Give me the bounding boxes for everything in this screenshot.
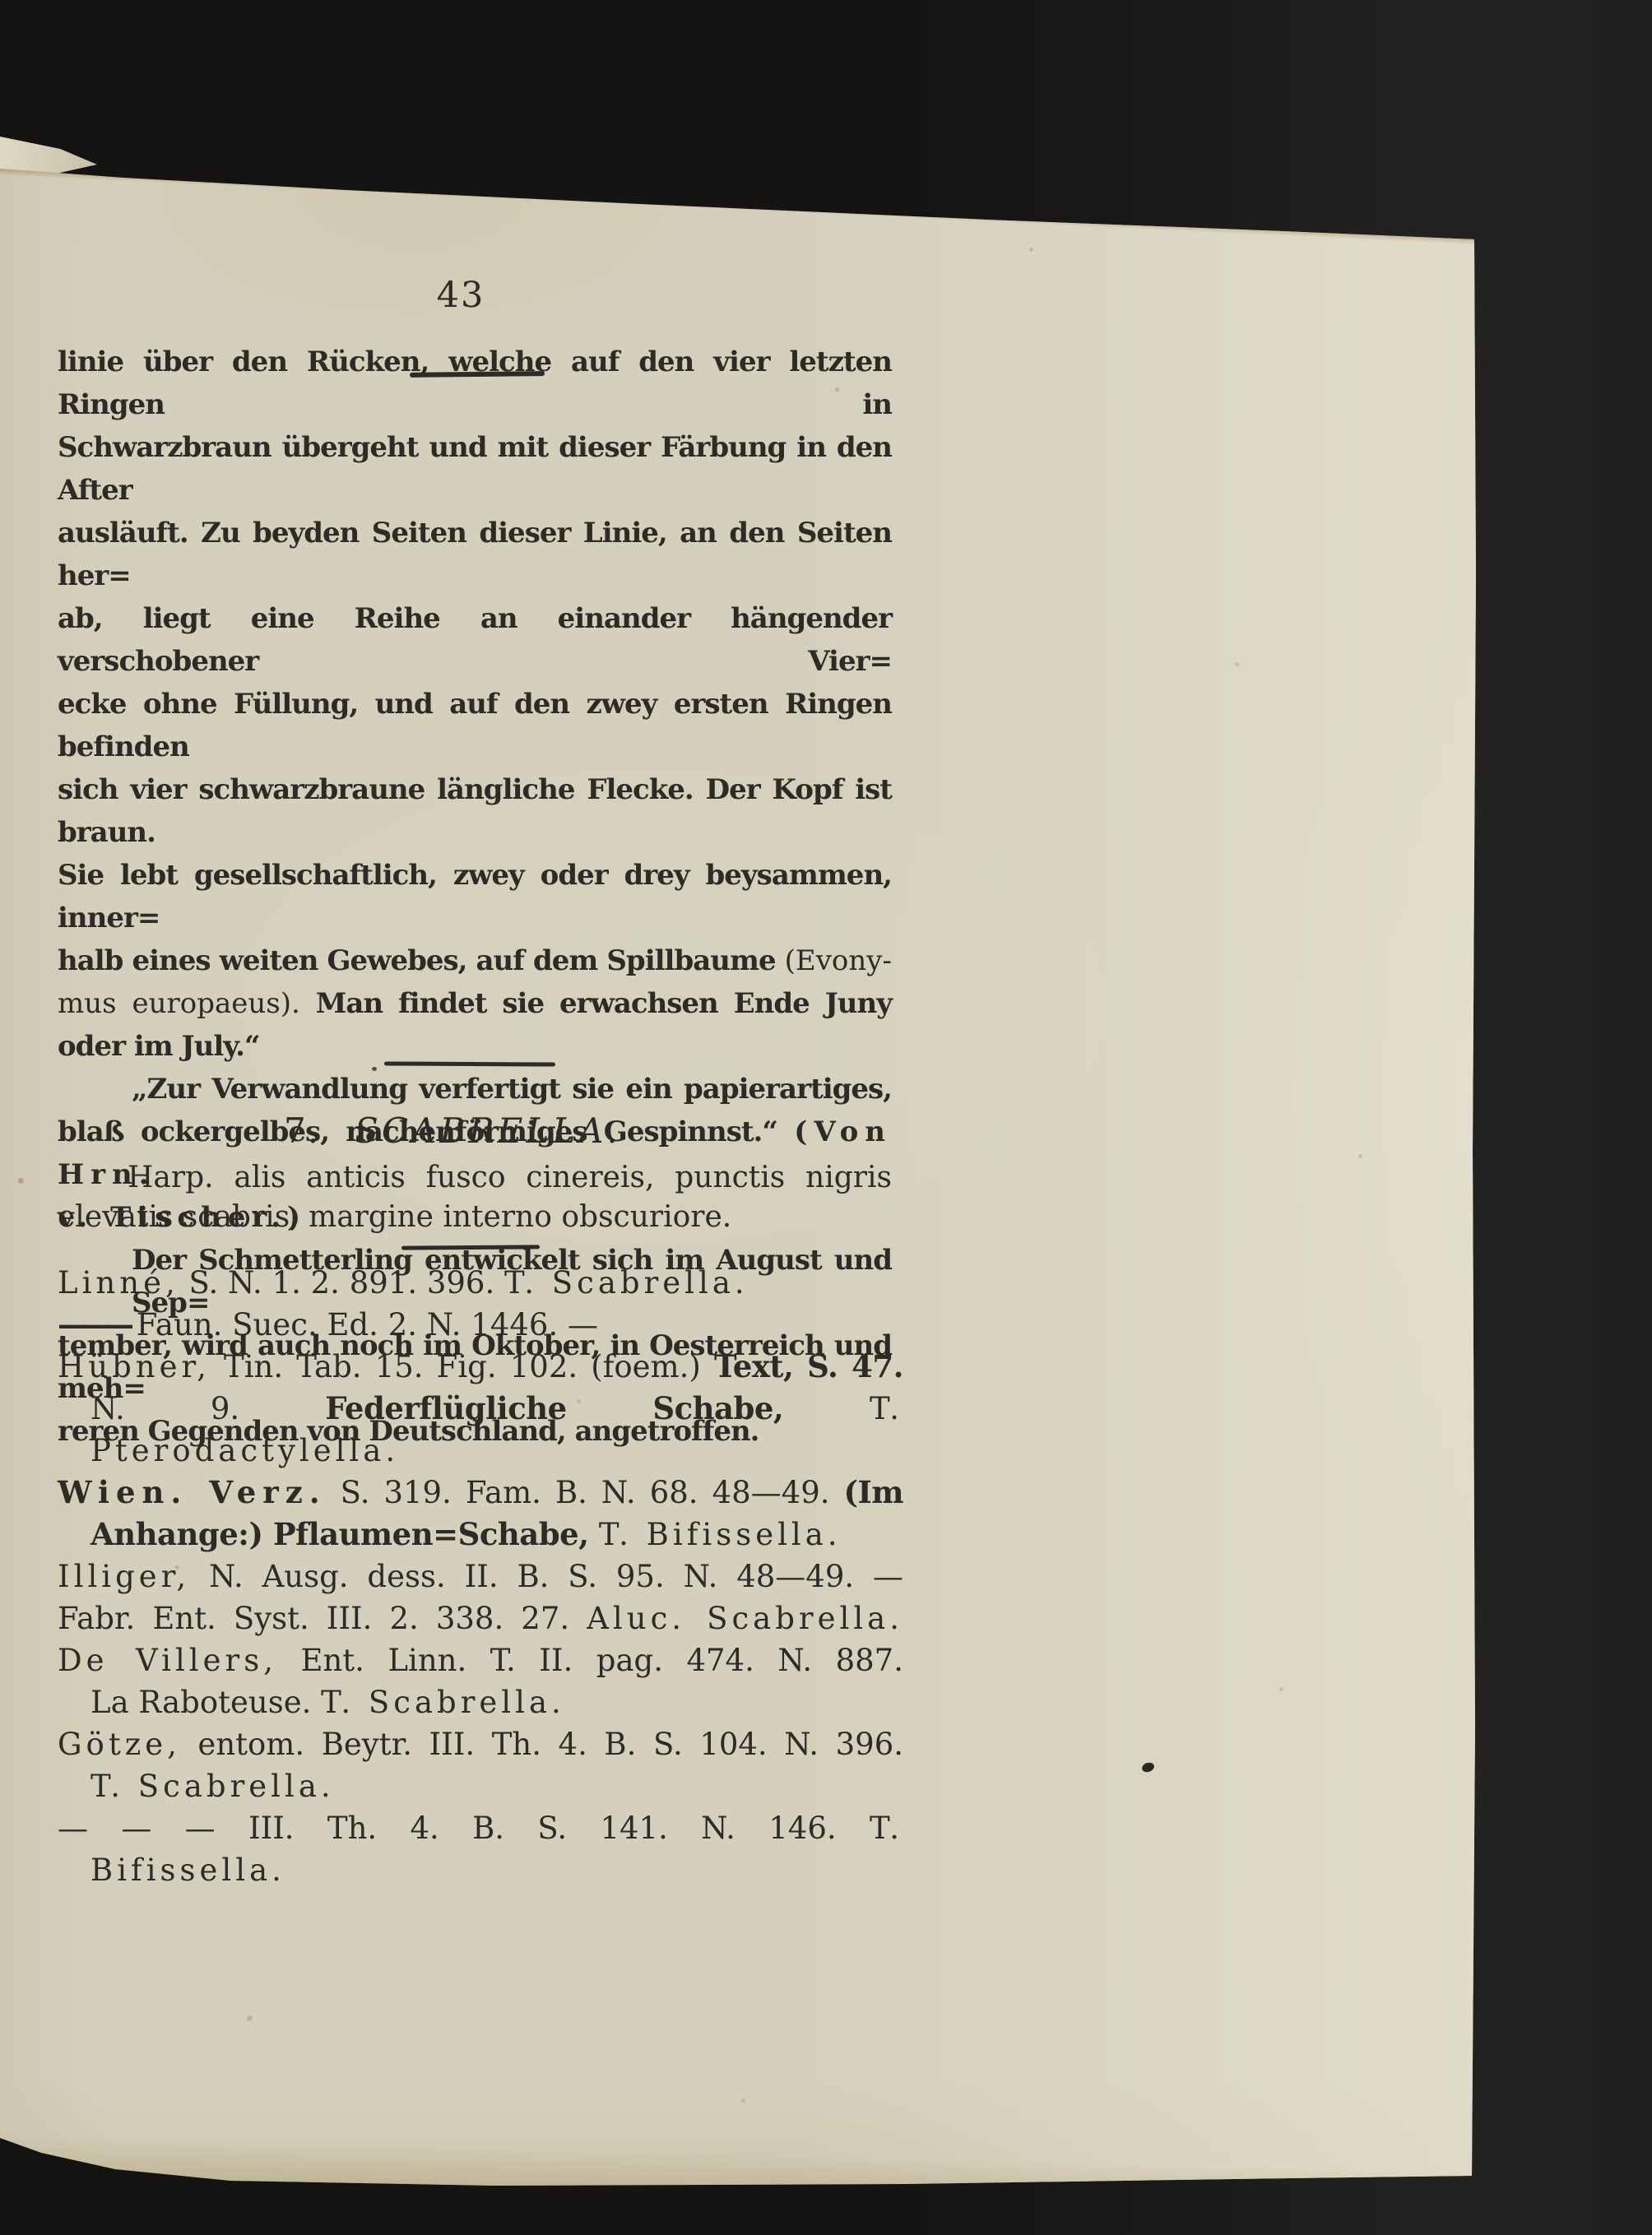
text-segment: linie über den Rücken, welche auf den vi…: [58, 345, 892, 421]
text-line: Schwarzbraun übergeht und mit dieser Fär…: [58, 426, 892, 512]
text-segment: Sie lebt gesellschaftlich, zwey oder dre…: [58, 859, 892, 934]
text-line: Sie lebt gesellschaftlich, zwey oder dre…: [58, 854, 892, 939]
text-line: Hübner, Tin. Tab. 15. Fig. 102. (foem.) …: [58, 1346, 903, 1388]
text-segment: S. 319. Fam. B. N. 68. 48—49.: [327, 1475, 844, 1510]
section-heading: 7.SCABRELLA.: [58, 1111, 892, 1152]
text-segment: Text, S. 47.: [714, 1348, 903, 1384]
text-line: Götze, entom. Beytr. III. Th. 4. B. S. 1…: [58, 1723, 903, 1765]
text-segment: Aluc. Scabrella.: [587, 1601, 903, 1636]
text-line: De Villers, Ent. Linn. T. II. pag. 474. …: [58, 1639, 903, 1681]
text-segment: Ent. Linn. T. II. pag. 474. N. 887.: [277, 1643, 903, 1678]
scanned-book-spread: { "page": { "number": "43" }, "colors": …: [0, 0, 1652, 2235]
text-line: N. 9. Federflügliche Schabe, T. Pterodac…: [58, 1388, 903, 1472]
text-line: — — — III. Th. 4. B. S. 141. N. 146. T.: [58, 1807, 903, 1849]
page-number: 43: [354, 278, 568, 313]
text-line: sich vier schwarzbraune längliche Flecke…: [58, 768, 892, 854]
text-segment: sich vier schwarzbraune längliche Flecke…: [58, 773, 892, 849]
text-segment: ecke ohne Füllung, und auf den zwey erst…: [58, 688, 892, 763]
text-line: Anhange:) Pflaumen=Schabe, T. Bifissella…: [58, 1514, 903, 1556]
text-line: „Zur Verwandlung verfertigt sie ein papi…: [58, 1068, 892, 1111]
text-line: La Raboteuse. T. Scabrella.: [58, 1681, 903, 1723]
text-segment: ab, liegt eine Reihe an einander hängend…: [58, 602, 892, 678]
text-segment: De Villers,: [58, 1643, 277, 1678]
text-line: halb eines weiten Gewebes, auf dem Spill…: [58, 939, 892, 982]
text-segment: Fabr. Ent. Syst. III. 2. 338. 27.: [58, 1601, 587, 1636]
text-segment: T. Scabrella.: [504, 1265, 749, 1301]
text-line: mus europaeus). Man findet sie erwachsen…: [58, 982, 892, 1025]
text-line: Wien. Verz. S. 319. Fam. B. N. 68. 48—49…: [58, 1472, 903, 1514]
text-segment: „Zur Verwandlung verfertigt sie ein papi…: [132, 1073, 892, 1106]
ink-speck: [1141, 1761, 1156, 1774]
text-line: Bifissella.: [58, 1849, 903, 1891]
text-segment: S. N. 1. 2. 891. 396.: [179, 1265, 504, 1301]
text-segment: N. Ausg. dess. II. B. S. 95. N. 48—49. —: [190, 1559, 903, 1594]
text-segment: halb eines weiten Gewebes, auf dem Spill…: [58, 944, 785, 977]
text-segment: — — — III. Th. 4. B. S. 141. N. 146.: [58, 1811, 870, 1846]
text-segment: mus europaeus).: [58, 987, 300, 1020]
text-segment: Wien. Verz.: [58, 1474, 327, 1510]
text-segment: Tin. Tab. 15. Fig. 102. (foem.): [211, 1349, 714, 1384]
text-segment: (Evony-: [785, 944, 892, 977]
text-line: Linné, S. N. 1. 2. 891. 396. T. Scabrell…: [58, 1262, 903, 1304]
text-segment: Faun. Suec. Ed. 2. N. 1446. —: [127, 1307, 598, 1342]
text-segment: ———: [58, 1306, 127, 1342]
reference-list: Linné, S. N. 1. 2. 891. 396. T. Scabrell…: [58, 1262, 903, 1891]
text-segment: entom. Beytr. III. Th. 4. B. S. 104. N. …: [181, 1727, 903, 1762]
text-segment: Schwarzbraun übergeht und mit dieser Fär…: [58, 431, 892, 507]
text-segment: Götze,: [58, 1727, 181, 1762]
text-line: linie über den Rücken, welche auf den vi…: [58, 341, 892, 426]
text-segment: Anhange:) Pflaumen=Schabe,: [90, 1516, 599, 1552]
text-line: ab, liegt eine Reihe an einander hängend…: [58, 597, 892, 683]
text-line: ——— Faun. Suec. Ed. 2. N. 1446. —: [58, 1304, 903, 1346]
book-page: 43 linie über den Rücken, welche auf den…: [0, 0, 1478, 2190]
text-segment: Federflügliche Schabe,: [325, 1390, 870, 1426]
text-segment: Bifissella.: [90, 1852, 285, 1888]
ink-dot: [372, 1067, 377, 1071]
text-segment: Illiger,: [58, 1559, 190, 1594]
text-segment: Man findet sie erwachsen Ende Juny: [300, 987, 892, 1020]
text-line: elevatis scabris, margine interno obscur…: [58, 1198, 892, 1237]
text-line: Harp. alis anticis fusco cinereis, punct…: [58, 1158, 892, 1198]
heading-title: SCABRELLA.: [355, 1111, 621, 1151]
text-line: ecke ohne Füllung, und auf den zwey erst…: [58, 683, 892, 768]
text-segment: Linné,: [58, 1265, 179, 1301]
text-line: Fabr. Ent. Syst. III. 2. 338. 27. Aluc. …: [58, 1597, 903, 1639]
heading-number: 7.: [284, 1111, 320, 1151]
text-segment: elevatis scabris, margine interno obscur…: [58, 1200, 731, 1234]
text-segment: (Im: [844, 1474, 903, 1510]
text-segment: ausläuft. Zu beyden Seiten dieser Linie,…: [58, 517, 892, 592]
text-line: Illiger, N. Ausg. dess. II. B. S. 95. N.…: [58, 1556, 903, 1597]
text-segment: oder im July.“: [58, 1030, 260, 1063]
text-segment: T. Scabrella.: [321, 1685, 565, 1720]
text-segment: N. 9.: [90, 1391, 325, 1426]
text-segment: Hübner,: [58, 1349, 211, 1384]
text-segment: T. Scabrella.: [90, 1769, 335, 1804]
latin-description: Harp. alis anticis fusco cinereis, punct…: [58, 1158, 892, 1237]
text-segment: Harp. alis anticis fusco cinereis, punct…: [128, 1161, 892, 1194]
text-segment: T.: [870, 1811, 903, 1846]
text-line: T. Scabrella.: [58, 1765, 903, 1807]
text-segment: T. Bifissella.: [599, 1517, 842, 1552]
text-segment: La Raboteuse.: [90, 1685, 321, 1720]
text-line: ausläuft. Zu beyden Seiten dieser Linie,…: [58, 512, 892, 597]
